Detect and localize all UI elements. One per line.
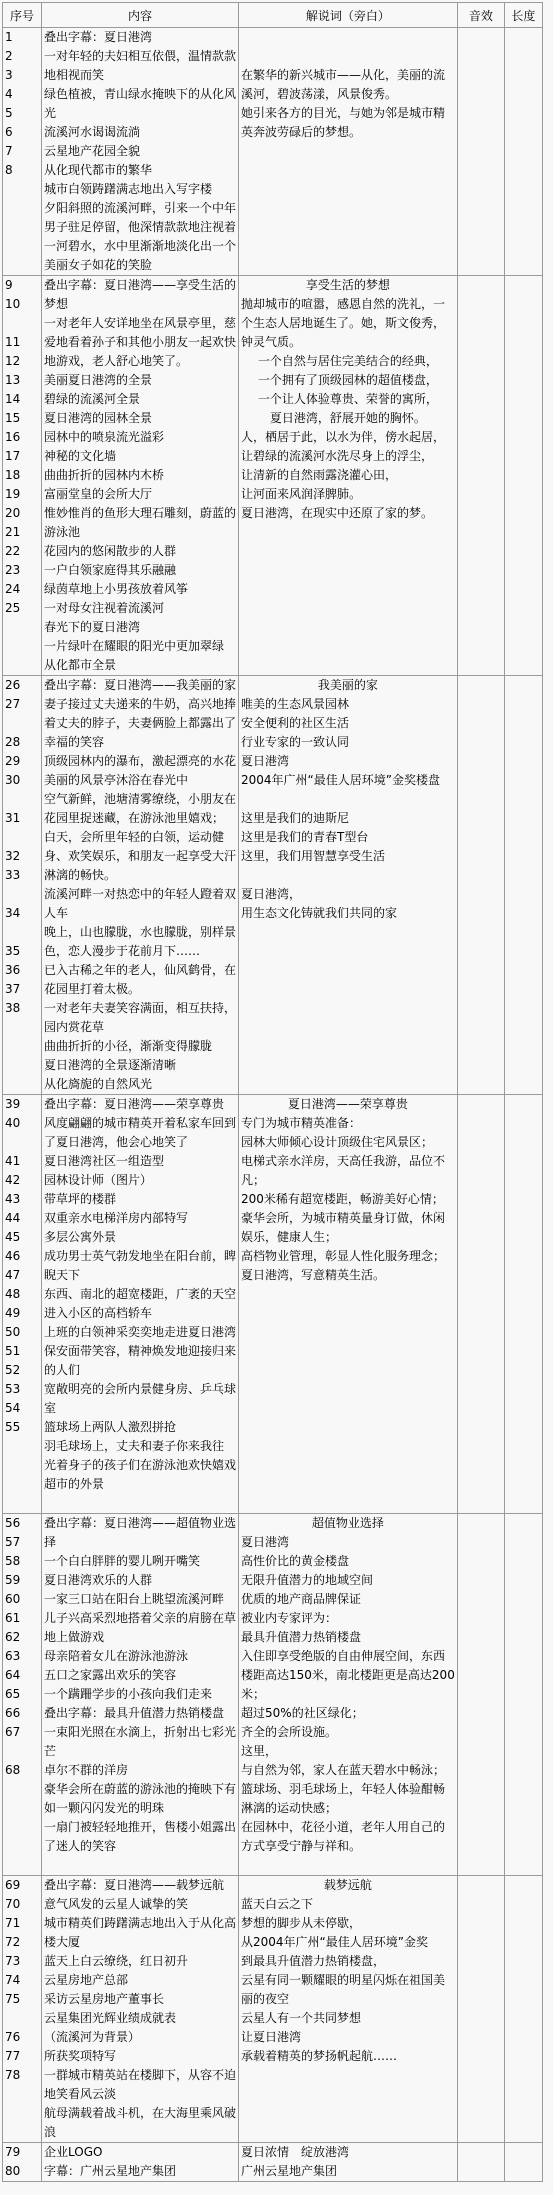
content-line: 采访云星房地产董事长 [44, 1990, 236, 2009]
shot-number: 3 [5, 66, 39, 85]
content-line: 叠出字幕：夏日港湾 [44, 28, 236, 47]
shot-number [5, 1780, 39, 1799]
shot-number [5, 237, 39, 256]
shot-number: 46 [5, 1247, 39, 1266]
content-line: 春光下的夏日港湾 [44, 618, 236, 637]
content-line: 一束阳光照在水滴上，折射出七彩光 [44, 1723, 236, 1742]
content-line: 企业LOGO [44, 2143, 236, 2162]
shot-number: 14 [5, 390, 39, 409]
shot-number: 57 [5, 1533, 39, 1552]
shot-number: 16 [5, 428, 39, 447]
content-line: 地相视而笑 [44, 66, 236, 85]
content-line: 绿色植被，青山绿水掩映下的从化风 [44, 85, 236, 104]
content-line: 的人们 [44, 1361, 236, 1380]
content-line: 已入古稀之年的老人，仙风鹤骨，在 [44, 961, 236, 980]
header-row: 序号 内容 解说词（旁白） 音效 长度 [3, 3, 543, 28]
narration-line: 这里，我们用智慧享受生活 [241, 847, 455, 866]
content-line: 云星集团光辉业绩成就表 [44, 2009, 236, 2028]
shot-number: 66 [5, 1704, 39, 1723]
narration-line: 丽的夜空 [241, 1990, 455, 2009]
narration-line: 抛却城市的喧嚣，感恩自然的洗礼，一 [241, 295, 455, 314]
content-line: 从化都市全景 [44, 656, 236, 675]
content-line: 一扇门被轻轻地推开，售楼小姐露出 [44, 1818, 236, 1837]
narration-column: 超值物业选择夏日港湾高性价比的黄金楼盘无限升值潜力的地域空间优质的地产商品牌保证… [239, 1514, 458, 1876]
content-line: 夏日港湾的全景逐渐清晰 [44, 1056, 236, 1075]
shot-number: 11 [5, 333, 39, 352]
narration-line [241, 28, 455, 47]
shot-number [5, 790, 39, 809]
shot-number [5, 2104, 39, 2123]
content-line: 人车 [44, 904, 236, 923]
content-line: 身、欢笑娱乐，和朋友一起享受大汗 [44, 847, 236, 866]
shot-number: 80 [5, 2162, 39, 2181]
content-line: 字幕：广州云星地产集团 [44, 2162, 236, 2181]
content-line [44, 1494, 236, 1513]
narration-line: 让碧绿的流溪河水洗尽身上的浮尘， [241, 447, 455, 466]
shot-number [5, 199, 39, 218]
shot-content-column: 叠出字幕：夏日港湾——荣享尊贵风度翩翩的城市精英开着私家车回到了夏日港湾，他会心… [42, 1095, 239, 1514]
narration-column: 夏日港湾——荣享尊贵专门为城市精英准备：园林大师倾心设计顶级住宅风景区；电梯式亲… [239, 1095, 458, 1514]
narration-line: 在园林中，花径小道，老年人用自己的 [241, 1818, 455, 1837]
shot-number: 27 [5, 695, 39, 714]
shot-number: 55 [5, 1418, 39, 1437]
shot-number: 19 [5, 485, 39, 504]
narration-line: 齐全的会所设施。 [241, 1723, 455, 1742]
content-line: 楼大厦 [44, 1933, 236, 1952]
shot-number [5, 1856, 39, 1875]
narration-line: 载梦远航 [241, 1876, 455, 1895]
narration-line: 夏日港湾 [241, 752, 455, 771]
content-line: 曲曲折折的小径，渐渐变得朦胧 [44, 1037, 236, 1056]
content-line: 芒 [44, 1742, 236, 1761]
narration-line: 篮球场、羽毛球场上，年轻人体验酣畅 [241, 1780, 455, 1799]
shot-number: 28 [5, 733, 39, 752]
narration-line: 夏日浓情 绽放港湾 [241, 2143, 455, 2162]
storyboard-table: 序号 内容 解说词（旁白） 音效 长度 12345678叠出字幕：夏日港湾一对年… [2, 2, 543, 2182]
shot-number: 29 [5, 752, 39, 771]
narration-line: 一个自然与居住完美结合的经典， [241, 352, 455, 371]
content-line: 睨天下 [44, 1266, 236, 1285]
content-line: （流溪河为背景） [44, 2028, 236, 2047]
narration-line: 夏日港湾，舒展开她的胸怀。 [241, 409, 455, 428]
narration-column: 夏日浓情 绽放港湾广州云星地产集团 [239, 2143, 458, 2182]
content-line: 带草坪的楼群 [44, 1190, 236, 1209]
content-line: 园林设计师（图片） [44, 1171, 236, 1190]
shot-number: 53 [5, 1380, 39, 1399]
narration-line: 在繁华的新兴城市——从化，美丽的流 [241, 66, 455, 85]
narration-line: 优质的地产商品牌保证 [241, 1590, 455, 1609]
content-line: 花园内的悠闲散步的人群 [44, 542, 236, 561]
content-line: 叠出字幕：夏日港湾——超值物业选 [44, 1514, 236, 1533]
shot-number: 4 [5, 85, 39, 104]
shot-number: 62 [5, 1628, 39, 1647]
content-line: 一河碧水，水中里渐渐地淡化出一个 [44, 237, 236, 256]
shot-number [5, 2085, 39, 2104]
shot-number: 2 [5, 47, 39, 66]
col-header-sfx: 音效 [457, 3, 504, 28]
shot-number: 51 [5, 1342, 39, 1361]
sfx-column [457, 276, 504, 676]
shot-number: 48 [5, 1285, 39, 1304]
duration-column [504, 2143, 542, 2182]
narration-column: 享受生活的梦想抛却城市的喧嚣，感恩自然的洗礼，一个生态人居地诞生了。她，斯文俊秀… [239, 276, 458, 676]
content-line: 色，恋人漫步于花前月下…… [44, 942, 236, 961]
narration-line: 电梯式亲水洋房，天高任我游，品位不 [241, 1152, 455, 1171]
shot-number: 20 [5, 504, 39, 523]
content-line: 顶级园林内的瀑布，激起漂亮的水花 [44, 752, 236, 771]
shot-number: 54 [5, 1399, 39, 1418]
shot-number: 74 [5, 1971, 39, 1990]
shot-number-column: 26272829303132333435363738 [3, 676, 42, 1095]
content-line: 妻子接过丈夫递来的牛奶，高兴地捧 [44, 695, 236, 714]
content-line: 夏日港湾欢乐的人群 [44, 1571, 236, 1590]
narration-line: 享受生活的梦想 [241, 276, 455, 295]
shot-number [5, 1437, 39, 1456]
sfx-column [457, 1876, 504, 2143]
content-line: 幸福的笑容 [44, 733, 236, 752]
narration-line: 钟灵气质。 [241, 333, 455, 352]
content-line: 晚上，山也朦胧，水也朦胧，别样景 [44, 923, 236, 942]
content-line: 美丽的风景亭沐浴在春光中 [44, 771, 236, 790]
narration-column: 载梦远航蓝天白云之下梦想的脚步从未停歇，从2004年广州“最佳人居环境”金奖到最… [239, 1876, 458, 2143]
shot-number: 41 [5, 1152, 39, 1171]
storyboard-block: 56575859606162636465666768叠出字幕：夏日港湾——超值物… [3, 1514, 543, 1876]
narration-line: 个生态人居地诞生了。她，斯文俊秀， [241, 314, 455, 333]
content-line: 如一颗闪闪发光的明珠 [44, 1799, 236, 1818]
content-line: 夕阳斜照的流溪河畔，引来一个中年 [44, 199, 236, 218]
narration-line: 我美丽的家 [241, 676, 455, 695]
shot-number [5, 656, 39, 675]
sfx-column [457, 1514, 504, 1876]
content-line: 碧绿的流溪河全景 [44, 390, 236, 409]
shot-number [5, 1799, 39, 1818]
content-line: 神秘的文化墙 [44, 447, 236, 466]
sfx-column [457, 676, 504, 1095]
shot-number: 59 [5, 1571, 39, 1590]
shot-number: 26 [5, 676, 39, 695]
shot-number [5, 2123, 39, 2142]
content-line: 着丈夫的脖子，夫妻俩脸上都露出了 [44, 714, 236, 733]
shot-number: 68 [5, 1761, 39, 1780]
shot-number: 65 [5, 1685, 39, 1704]
narration-column: 在繁华的新兴城市——从化，美丽的流溪河，碧波荡漾，风景俊秀。她引来各方的目光，与… [239, 28, 458, 276]
shot-content-column: 叠出字幕：夏日港湾——超值物业选择一个白白胖胖的婴儿咧开嘴笑夏日港湾欢乐的人群一… [42, 1514, 239, 1876]
narration-line: 蓝天白云之下 [241, 1895, 455, 1914]
shot-content-column: 叠出字幕：夏日港湾——享受生活的梦想一对老年人安详地坐在风景亭里，慈爱地看着孙子… [42, 276, 239, 676]
shot-number: 40 [5, 1114, 39, 1133]
shot-number-column: 12345678 [3, 28, 42, 276]
narration-line: 安全便利的社区生活 [241, 714, 455, 733]
narration-line: 这里是我们的青春T型台 [241, 828, 455, 847]
col-header-length: 长度 [504, 3, 542, 28]
shot-number [5, 218, 39, 237]
narration-line: 梦想的脚步从未停歇， [241, 1914, 455, 1933]
content-line: 地上做游戏 [44, 1628, 236, 1647]
shot-number: 47 [5, 1266, 39, 1285]
narration-line: 方式享受宁静与祥和。 [241, 1837, 455, 1856]
shot-number: 72 [5, 1933, 39, 1952]
shot-number: 58 [5, 1552, 39, 1571]
shot-number: 52 [5, 1361, 39, 1380]
narration-line: 无限升值潜力的地域空间 [241, 1571, 455, 1590]
shot-number [5, 1475, 39, 1494]
shot-number [5, 1018, 39, 1037]
content-line: 地笑看风云淡 [44, 2085, 236, 2104]
content-line: 卓尔不群的洋房 [44, 1761, 236, 1780]
content-line: 一对母女注视着流溪河 [44, 599, 236, 618]
shot-number [5, 1056, 39, 1075]
content-line: 叠出字幕：夏日港湾——我美丽的家 [44, 676, 236, 695]
narration-line: 超过50%的社区绿化； [241, 1704, 455, 1723]
shot-number: 43 [5, 1190, 39, 1209]
content-line: 了迷人的笑容 [44, 1837, 236, 1856]
narration-column: 我美丽的家唯美的生态风景园林安全便利的社区生活行业专家的一致认同夏日港湾2004… [239, 676, 458, 1095]
content-line: 云星地产花园全貌 [44, 142, 236, 161]
shot-number [5, 180, 39, 199]
narration-line: 到最具升值潜力热销楼盘， [241, 1952, 455, 1971]
shot-number: 67 [5, 1723, 39, 1742]
shot-number: 45 [5, 1228, 39, 1247]
content-line: 五口之家露出欢乐的笑容 [44, 1666, 236, 1685]
content-line: 从化现代都市的繁华 [44, 161, 236, 180]
content-line: 航母满载着战斗机，在大海里乘风破 [44, 2104, 236, 2123]
content-line: 园林中的喷泉流光溢彩 [44, 428, 236, 447]
content-line: 一对老年夫妻笑容满面，相互扶持， [44, 999, 236, 1018]
content-line: 光 [44, 104, 236, 123]
content-line: 浪 [44, 2123, 236, 2142]
content-line: 光着身子的孩子们在游泳池欢快嬉戏 [44, 1456, 236, 1475]
duration-column [504, 276, 542, 676]
shot-number [5, 637, 39, 656]
shot-number: 9 [5, 276, 39, 295]
narration-line: 英奔波劳碌后的梦想。 [241, 123, 455, 142]
shot-number: 38 [5, 999, 39, 1018]
shot-number [5, 256, 39, 275]
narration-line: 与自然为邻，家人在蓝天碧水中畅泳； [241, 1761, 455, 1780]
content-line: 富丽堂皇的会所大厅 [44, 485, 236, 504]
content-line: 东西、南北的超宽楼距，广袤的天空 [44, 1285, 236, 1304]
shot-number [5, 923, 39, 942]
storyboard-block: 7980企业LOGO字幕：广州云星地产集团夏日浓情 绽放港湾广州云星地产集团 [3, 2143, 543, 2182]
shot-number: 32 [5, 847, 39, 866]
shot-number: 12 [5, 352, 39, 371]
content-line: 一个蹒跚学步的小孩向我们走来 [44, 1685, 236, 1704]
content-line: 成功男士英气勃发地坐在阳台前，睥 [44, 1247, 236, 1266]
shot-number-column: 3940414243444546474849505152535455 [3, 1095, 42, 1514]
narration-line: 园林大师倾心设计顶级住宅风景区； [241, 1133, 455, 1152]
content-line: 宽敞明亮的会所内景健身房、乒乓球 [44, 1380, 236, 1399]
content-line: 梦想 [44, 295, 236, 314]
shot-number [5, 1494, 39, 1513]
content-line: 流溪河畔一对热恋中的年轻人蹬着双 [44, 885, 236, 904]
shot-number [5, 1742, 39, 1761]
content-line: 夏日港湾的园林全景 [44, 409, 236, 428]
narration-line: 专门为城市精英准备： [241, 1114, 455, 1133]
shot-number-column: 910111213141516171819202122232425 [3, 276, 42, 676]
storyboard-block: 69707172737475767778叠出字幕：夏日港湾——载梦远航意气风发的… [3, 1876, 543, 2143]
content-line: 叠出字幕：夏日港湾——享受生活的 [44, 276, 236, 295]
shot-number: 18 [5, 466, 39, 485]
narration-line: 最具升值潜力热销楼盘 [241, 1628, 455, 1647]
narration-line: 溪河，碧波荡漾，风景俊秀。 [241, 85, 455, 104]
shot-number: 34 [5, 904, 39, 923]
shot-number: 60 [5, 1590, 39, 1609]
narration-line: 高档物业管理，彰显人性化服务理念； [241, 1247, 455, 1266]
content-line: 多层公寓外景 [44, 1228, 236, 1247]
content-line: 一群城市精英站在楼脚下，从容不迫 [44, 2066, 236, 2085]
narration-line: 夏日港湾，在现实中还原了家的梦。 [241, 504, 455, 523]
content-line: 城市精英们踌躇满志地出入于从化高 [44, 1914, 236, 1933]
shot-number-column: 7980 [3, 2143, 42, 2182]
shot-number [5, 1818, 39, 1837]
shot-number: 69 [5, 1876, 39, 1895]
content-line: 云星房地产总部 [44, 1971, 236, 1990]
narration-line: 200米稀有超宽楼距，畅游美好心情； [241, 1190, 455, 1209]
content-line: 夏日港湾社区一组造型 [44, 1152, 236, 1171]
shot-number: 21 [5, 523, 39, 542]
content-line: 园内赏花草 [44, 1018, 236, 1037]
narration-line: 云星人有一个共同梦想 [241, 2009, 455, 2028]
narration-line: 夏日港湾， [241, 885, 455, 904]
narration-line: 人，栖居于此，以水为伴，傍水起居， [241, 428, 455, 447]
shot-number: 44 [5, 1209, 39, 1228]
shot-number: 33 [5, 866, 39, 885]
narration-line: 行业专家的一致认同 [241, 733, 455, 752]
sfx-column [457, 1095, 504, 1514]
shot-number-column: 56575859606162636465666768 [3, 1514, 42, 1876]
narration-line: 楼距高达150米，南北楼距更是高达200 [241, 1666, 455, 1685]
content-line: 儿子兴高采烈地搭着父亲的肩膀在草 [44, 1609, 236, 1628]
content-line: 白天，会所里年轻的白领，运动健 [44, 828, 236, 847]
shot-number: 49 [5, 1304, 39, 1323]
shot-number: 22 [5, 542, 39, 561]
narration-line: 让夏日港湾 [241, 2028, 455, 2047]
content-line: 保安面带笑容，精神焕发地迎接归来 [44, 1342, 236, 1361]
shot-number: 15 [5, 409, 39, 428]
shot-number: 24 [5, 580, 39, 599]
content-line: 所获奖项特写 [44, 2047, 236, 2066]
shot-number: 50 [5, 1323, 39, 1342]
content-line: 花园里捉迷藏，在游泳池里嬉戏； [44, 809, 236, 828]
shot-number: 76 [5, 2028, 39, 2047]
narration-line: 凡； [241, 1171, 455, 1190]
shot-number: 25 [5, 599, 39, 618]
storyboard-block: 12345678叠出字幕：夏日港湾一对年轻的夫妇相互依偎，温情款款地相视而笑绿色… [3, 28, 543, 276]
shot-number: 31 [5, 809, 39, 828]
shot-content-column: 叠出字幕：夏日港湾一对年轻的夫妇相互依偎，温情款款地相视而笑绿色植被，青山绿水掩… [42, 28, 239, 276]
content-line: 男子驻足停留，他深情款款地注视着 [44, 218, 236, 237]
narration-line: 一个让人体验尊贵、荣誉的寓所， [241, 390, 455, 409]
content-line: 叠出字幕：最具升值潜力热销楼盘 [44, 1704, 236, 1723]
shot-number [5, 885, 39, 904]
sfx-column [457, 2143, 504, 2182]
content-line: 进入小区的高档轿车 [44, 1304, 236, 1323]
content-line: 豪华会所在蔚蓝的游泳池的掩映下有 [44, 1780, 236, 1799]
content-line: 叠出字幕：夏日港湾——载梦远航 [44, 1876, 236, 1895]
narration-line: 从2004年广州“最佳人居环境”金奖 [241, 1933, 455, 1952]
content-line: 城市白领踌躇满志地出入写字楼 [44, 180, 236, 199]
content-line: 地游戏，老人舒心地笑了。 [44, 352, 236, 371]
content-line: 一片绿叶在耀眼的阳光中更加翠绿 [44, 637, 236, 656]
content-line: 一个白白胖胖的婴儿咧开嘴笑 [44, 1552, 236, 1571]
sfx-column [457, 28, 504, 276]
content-line: 择 [44, 1533, 236, 1552]
narration-line: 一个拥有了顶级园林的超值楼盘， [241, 371, 455, 390]
content-line: 篮球场上两队人激烈拼抢 [44, 1418, 236, 1437]
col-header-index: 序号 [3, 3, 42, 28]
narration-line [241, 790, 455, 809]
narration-line: 淋漓的运动快感； [241, 1799, 455, 1818]
narration-line: 用生态文化铸就我们共同的家 [241, 904, 455, 923]
content-line: 叠出字幕：夏日港湾——荣享尊贵 [44, 1095, 236, 1114]
shot-number [5, 2009, 39, 2028]
content-line: 美丽夏日港湾的全景 [44, 371, 236, 390]
content-line: 羽毛球场上，丈夫和妻子你来我往 [44, 1437, 236, 1456]
content-line: 淋漓的畅快。 [44, 866, 236, 885]
narration-line [241, 866, 455, 885]
narration-line: 高性价比的黄金楼盘 [241, 1552, 455, 1571]
shot-number [5, 618, 39, 637]
shot-number: 63 [5, 1647, 39, 1666]
narration-line: 2004年广州“最佳人居环境”金奖楼盘 [241, 771, 455, 790]
shot-content-column: 企业LOGO字幕：广州云星地产集团 [42, 2143, 239, 2182]
table-body: 12345678叠出字幕：夏日港湾一对年轻的夫妇相互依偎，温情款款地相视而笑绿色… [3, 28, 543, 2182]
content-line: 一对老年人安详地坐在风景亭里，慈 [44, 314, 236, 333]
content-line: 超市的外景 [44, 1475, 236, 1494]
content-line: 蓝天上白云缭绕，红日初升 [44, 1952, 236, 1971]
duration-column [504, 1876, 542, 2143]
content-line: 了夏日港湾，他会心地笑了 [44, 1133, 236, 1152]
content-line: 空气新鲜，池塘清雾缭绕，小朋友在 [44, 790, 236, 809]
content-line: 一家三口站在阳台上眺望流溪河畔 [44, 1590, 236, 1609]
shot-number: 7 [5, 142, 39, 161]
storyboard-block: 910111213141516171819202122232425叠出字幕：夏日… [3, 276, 543, 676]
narration-line: 夏日港湾 [241, 1533, 455, 1552]
content-line: 流溪河水谒谒流淌 [44, 123, 236, 142]
shot-number: 77 [5, 2047, 39, 2066]
shot-number: 73 [5, 1952, 39, 1971]
content-line: 上班的白领神采奕奕地走进夏日港湾 [44, 1323, 236, 1342]
duration-column [504, 28, 542, 276]
content-line: 风度翩翩的城市精英开着私家车回到 [44, 1114, 236, 1133]
narration-line: 超值物业选择 [241, 1514, 455, 1533]
content-line: 花园里打着太极。 [44, 980, 236, 999]
shot-number: 78 [5, 2066, 39, 2085]
shot-number: 61 [5, 1609, 39, 1628]
shot-number: 70 [5, 1895, 39, 1914]
content-line [44, 1856, 236, 1875]
narration-line: 这里， [241, 1742, 455, 1761]
shot-number: 5 [5, 104, 39, 123]
shot-content-column: 叠出字幕：夏日港湾——载梦远航意气风发的云星人诚挚的笑城市精英们踌躇满志地出入于… [42, 1876, 239, 2143]
narration-line: 广州云星地产集团 [241, 2162, 455, 2181]
shot-number: 13 [5, 371, 39, 390]
col-header-narration: 解说词（旁白） [239, 3, 458, 28]
narration-line: 云星有同一颗耀眼的明星闪烁在祖国美 [241, 1971, 455, 1990]
col-header-content: 内容 [42, 3, 239, 28]
shot-number: 56 [5, 1514, 39, 1533]
narration-line: 娱乐，健康人生； [241, 1228, 455, 1247]
content-line: 一户白领家庭得其乐融融 [44, 561, 236, 580]
shot-number: 71 [5, 1914, 39, 1933]
narration-line [241, 47, 455, 66]
shot-number [5, 314, 39, 333]
narration-line: 夏日港湾——荣享尊贵 [241, 1095, 455, 1114]
narration-line: 让清新的自然雨露浇灌心田， [241, 466, 455, 485]
shot-number [5, 1075, 39, 1094]
narration-line: 豪华会所，为城市精英量身订做，休闲 [241, 1209, 455, 1228]
narration-line: 入住即享受绝版的自由伸展空间，东西 [241, 1647, 455, 1666]
